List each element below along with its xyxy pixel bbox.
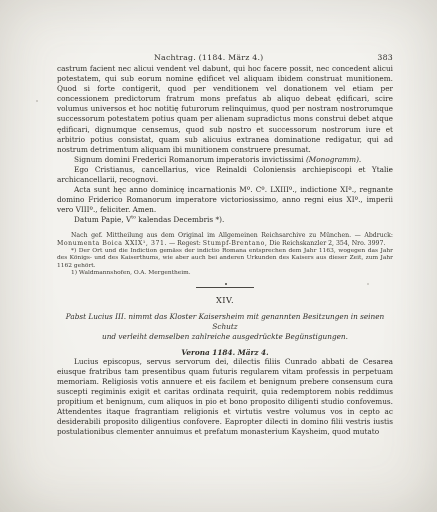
charter-13-text: castrum facient nec alicui vendent vel d…: [57, 64, 393, 226]
charter-14-body: Lucius episcopus, servus servorum dei, d…: [57, 357, 393, 438]
source-note: Nach gef. Mittheilung aus dem Original i…: [57, 232, 393, 248]
footnote-star: *) Der Ort und die Indiction gemäss der …: [57, 248, 393, 271]
source-note-text: Die Reichskanzler 2, 354, Nro. 3997.: [267, 240, 385, 247]
source-citation-monumenta: Monumenta Boica XXIX¹, 371.: [57, 240, 167, 247]
running-head-title: Nachtrag. (1184. März 4.): [154, 53, 263, 62]
scanned-book-page: Nachtrag. (1184. März 4.) 383 castrum fa…: [0, 0, 437, 512]
charter-14-dateline: Verona 1184. März 4.: [57, 348, 393, 357]
charter-13-acta: Acta sunt hęc anno dominicę incarnationi…: [57, 185, 393, 215]
source-note-text: — Regest:: [167, 240, 203, 247]
datum-pre: Datum Papie, V: [74, 215, 131, 224]
section-number: XIV.: [57, 295, 393, 305]
section-heading: Pabst Lucius III. nimmt das Kloster Kais…: [57, 312, 393, 342]
scan-speck: [36, 100, 38, 102]
monogram-note: (Monogramm).: [306, 155, 361, 164]
page-content: Nachtrag. (1184. März 4.) 383 castrum fa…: [57, 53, 393, 437]
source-citation-stumpf: Stumpf-Brentano,: [203, 240, 268, 247]
running-head: Nachtrag. (1184. März 4.) 383: [57, 53, 393, 64]
signum-text: Signum domini Frederici Romanorum impera…: [74, 155, 306, 164]
charter-13-recognition: Ego Cristianus, cancellarius, vice Reina…: [57, 165, 393, 185]
charter-13-datum: Datum Papie, Vto kalendas Decembris *).: [57, 215, 393, 225]
charter-13-signum: Signum domini Frederici Romanorum impera…: [57, 155, 393, 165]
source-note-text: Nach gef. Mittheilung aus dem Original i…: [71, 232, 393, 239]
charter-14-text: Lucius episcopus, servus servorum dei, d…: [57, 357, 393, 438]
section-heading-line1: Pabst Lucius III. nimmt das Kloster Kais…: [57, 312, 393, 332]
datum-post: kalendas Decembris *).: [136, 215, 224, 224]
section-heading-line2: und verleiht demselben zahlreiche ausged…: [57, 332, 393, 342]
footnote-1: 1) Waldmannshofen, O.A. Mergentheim.: [57, 270, 393, 278]
page-number: 383: [377, 53, 393, 62]
section-divider: [196, 287, 254, 288]
apparatus-block: Nach gef. Mittheilung aus dem Original i…: [57, 232, 393, 278]
charter-13-body: castrum facient nec alicui vendent vel d…: [57, 64, 393, 155]
